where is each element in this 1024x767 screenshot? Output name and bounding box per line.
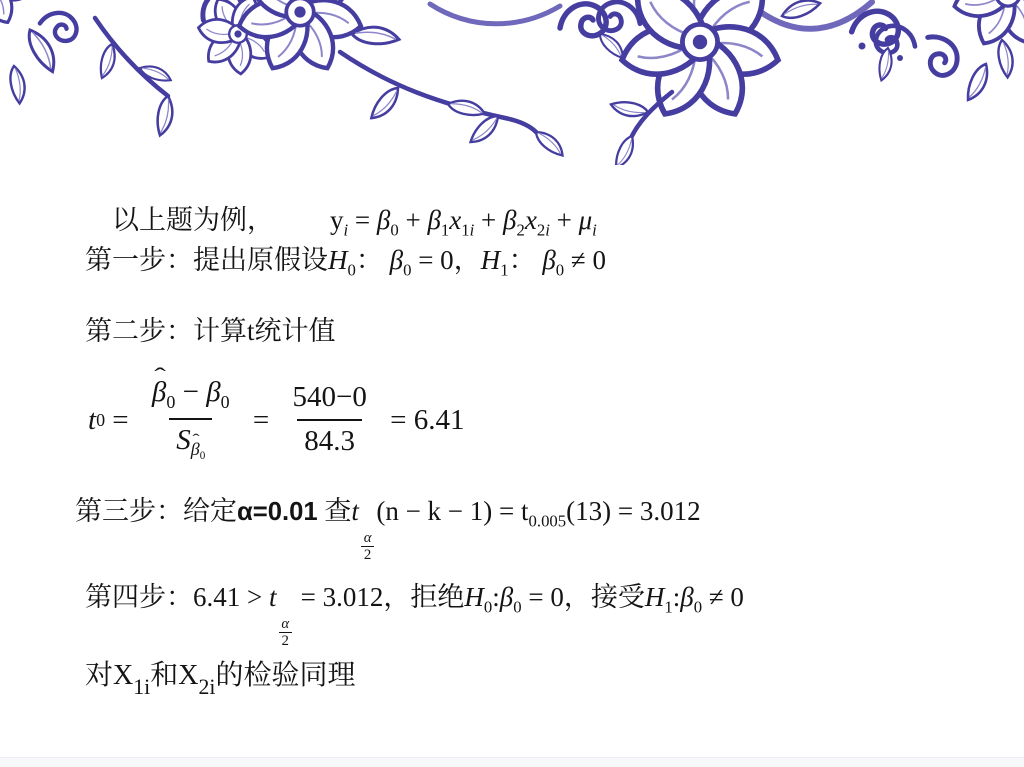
step3-critical-value-line: 第三步：给定α=0.01 查tα2(n − k − 1) = t0.005(13…	[75, 494, 701, 563]
step1-hypotheses-line: 第一步：提出原假设H0： β0 = 0，H1： β0 ≠ 0	[85, 243, 606, 281]
t-statistic-formula: t0 = βˆ0 − β0Sβˆ0 = 540−084.3 = 6.41	[88, 378, 464, 464]
porcelain-floral-border-image	[0, 0, 1024, 165]
step2-heading-line: 第二步：计算t统计值	[85, 314, 336, 349]
bottom-edge-band	[0, 757, 1024, 767]
regression-model-formula: yi = β0 + β1x1i + β2x2i + μi	[330, 205, 597, 235]
step4-decision-line: 第四步：6.41 > tα2 = 3.012，拒绝H0:β0 = 0，接受H1:…	[85, 580, 744, 649]
intro-label: 以上题为例，	[112, 205, 274, 235]
slide: 以上题为例，yi = β0 + β1x1i + β2x2i + μi 第一步：提…	[0, 0, 1024, 767]
x-variables-note-line: 对X1i和X2i的检验同理	[85, 658, 355, 701]
